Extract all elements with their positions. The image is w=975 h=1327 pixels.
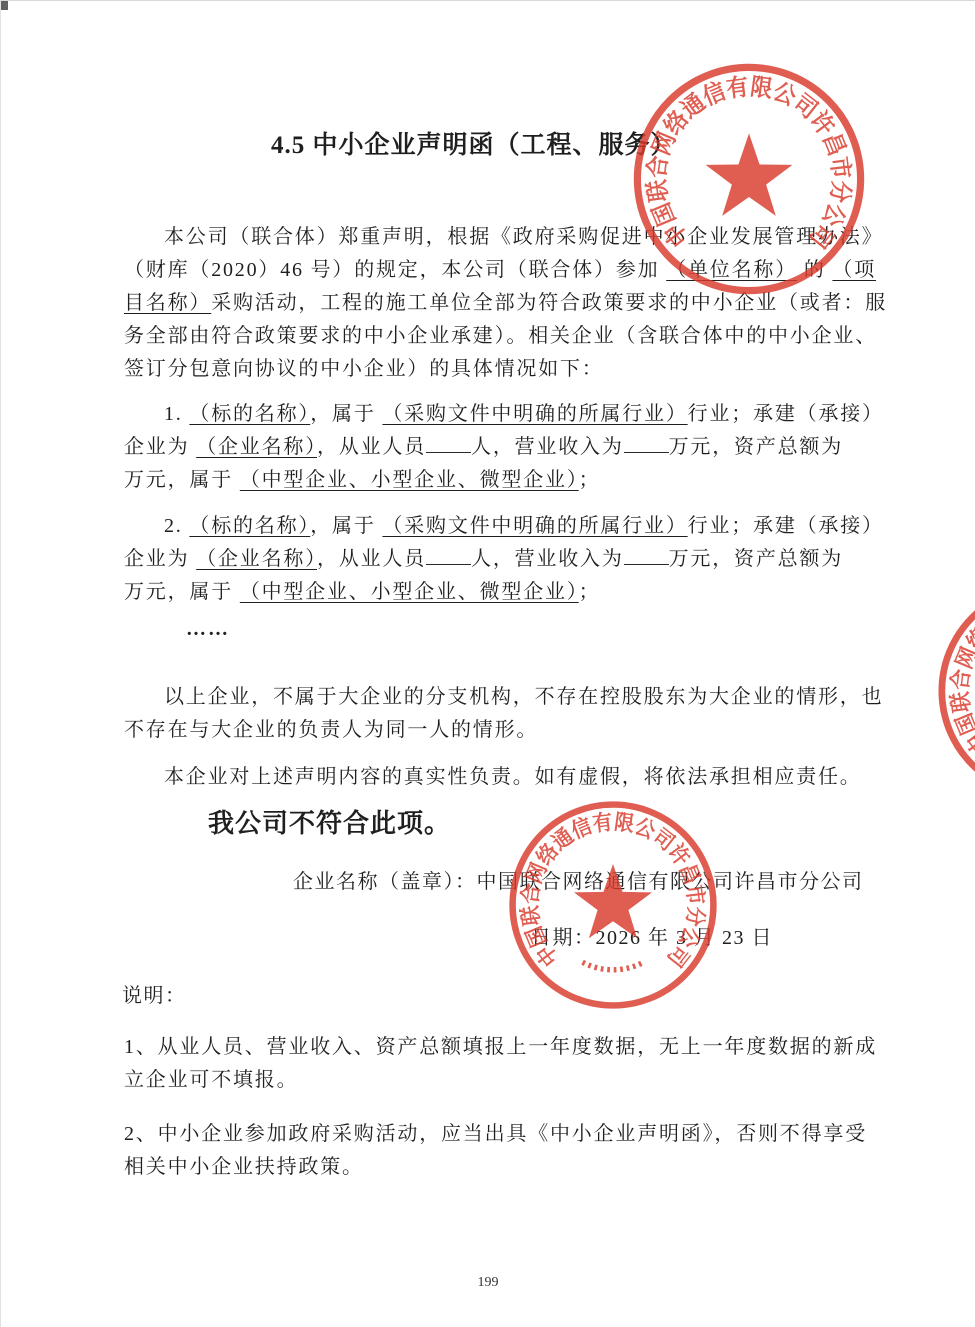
- note-1: 1、从业人员、营业收入、资产总额填报上一年度数据，无上一年度数据的新成立企业可不…: [124, 1031, 894, 1097]
- text-run: ；: [579, 581, 601, 603]
- text-run: 2.: [164, 515, 189, 537]
- text-run: 万元，资产总额为: [669, 436, 843, 458]
- text-run: 人，营业收入为: [471, 436, 624, 458]
- svg-text:中国联合网络通信有限公司许昌市分公司: 中国联合网络通信有限公司许昌市分公司: [946, 591, 975, 760]
- underlined-text: 目名称）: [124, 292, 211, 314]
- page-number: 199: [1, 1275, 975, 1291]
- text-run: ，从业人员: [317, 548, 426, 570]
- note-2: 2、中小企业参加政府采购活动，应当出具《中小企业声明函》，否则不得享受相关中小企…: [124, 1118, 894, 1184]
- company-seal-bottom: 中国联合网络通信有限公司许昌市分公司: [505, 797, 721, 1013]
- fill-in-blank: [426, 544, 471, 565]
- text-run: ，从业人员: [317, 436, 426, 458]
- text-line: 目名称）采购活动，工程的施工单位全部为符合政策要求的中小企业（或者：服: [124, 287, 894, 320]
- text-run: 企业为: [124, 436, 196, 458]
- text-run: 采购活动，工程的施工单位全部为符合政策要求的中小企业（或者：服: [211, 292, 887, 314]
- text-run: 不存在与大企业的负责人为同一人的情形。: [124, 719, 538, 741]
- text-run: 企业为: [124, 548, 196, 570]
- underlined-text: （标的名称）: [189, 403, 310, 425]
- text-run: 行业；承建（承接）: [688, 515, 884, 537]
- text-line: 本公司（联合体）郑重声明，根据《政府采购促进中小企业发展管理办法》: [124, 221, 894, 254]
- page-title: 4.5 中小企业声明函（工程、服务）: [271, 125, 677, 161]
- text-run: 万元，属于: [124, 581, 240, 603]
- text-run: 相关中小企业扶持政策。: [124, 1156, 364, 1178]
- text-run: 万元，资产总额为: [669, 548, 843, 570]
- text-line: 本企业对上述声明内容的真实性负责。如有虚假，将依法承担相应责任。: [124, 761, 894, 794]
- item-1: 1. （标的名称），属于 （采购文件中明确的所属行业）行业；承建（承接）企业为 …: [124, 398, 894, 497]
- text-line: （财库（2020）46 号）的规定，本公司（联合体）参加 （单位名称） 的 （项: [124, 254, 894, 287]
- text-line: 1、从业人员、营业收入、资产总额填报上一年度数据，无上一年度数据的新成: [124, 1031, 894, 1064]
- non-compliance-statement: 我公司不符合此项。: [208, 803, 451, 840]
- fill-in-blank: [624, 432, 669, 453]
- text-line: 万元，属于 （中型企业、小型企业、微型企业）；: [124, 576, 894, 609]
- seal-code-marks: [583, 962, 644, 970]
- text-line: 签订分包意向协议的中小企业）的具体情况如下：: [124, 353, 894, 386]
- text-run: 的: [797, 259, 832, 281]
- text-line: 2. （标的名称），属于 （采购文件中明确的所属行业）行业；承建（承接）: [124, 510, 894, 543]
- text-run: ，属于: [310, 403, 382, 425]
- notes-label: 说明：: [122, 979, 187, 1008]
- date-line: 日期：2026 年 3 月 23 日: [531, 921, 773, 950]
- text-line: 企业为 （企业名称），从业人员人，营业收入为万元，资产总额为: [124, 431, 894, 464]
- company-signature-line: 企业名称（盖章）：中国联合网络通信有限公司许昌市分公司: [293, 865, 864, 894]
- underlined-text: （中型企业、小型企业、微型企业）: [240, 469, 579, 491]
- text-line: 2、中小企业参加政府采购活动，应当出具《中小企业声明函》，否则不得享受: [124, 1118, 894, 1151]
- fill-in-blank: [624, 544, 669, 565]
- underlined-text: （中型企业、小型企业、微型企业）: [240, 581, 579, 603]
- text-run: ，属于: [310, 515, 382, 537]
- paragraph-declaration: 本公司（联合体）郑重声明，根据《政府采购促进中小企业发展管理办法》（财库（202…: [124, 221, 894, 386]
- text-line: 企业为 （企业名称），从业人员人，营业收入为万元，资产总额为: [124, 543, 894, 576]
- underlined-text: （采购文件中明确的所属行业）: [382, 403, 687, 425]
- text-run: 1.: [164, 403, 189, 425]
- text-run: 立企业可不填报。: [124, 1069, 298, 1091]
- text-line: 务全部由符合政策要求的中小企业承建）。相关企业（含联合体中的中小企业、: [124, 320, 894, 353]
- ellipsis-line: ……: [186, 613, 230, 646]
- underlined-text: （单位名称）: [666, 259, 797, 281]
- text-run: 万元，属于: [124, 469, 240, 491]
- text-line: 不存在与大企业的负责人为同一人的情形。: [124, 714, 894, 747]
- text-run: 务全部由符合政策要求的中小企业承建）。相关企业（含联合体中的中小企业、: [124, 325, 877, 347]
- paragraph-responsibility: 本企业对上述声明内容的真实性负责。如有虚假，将依法承担相应责任。: [124, 761, 894, 794]
- text-run: 1、从业人员、营业收入、资产总额填报上一年度数据，无上一年度数据的新成: [124, 1036, 877, 1058]
- document-page: 4.5 中小企业声明函（工程、服务） 本公司（联合体）郑重声明，根据《政府采购促…: [0, 0, 975, 1327]
- text-line: 相关中小企业扶持政策。: [124, 1151, 894, 1184]
- text-line: 以上企业，不属于大企业的分支机构，不存在控股股东为大企业的情形，也: [124, 681, 894, 714]
- text-run: 本企业对上述声明内容的真实性负责。如有虚假，将依法承担相应责任。: [164, 766, 862, 788]
- text-line: 立企业可不填报。: [124, 1064, 894, 1097]
- text-run: 2、中小企业参加政府采购活动，应当出具《中小企业声明函》，否则不得享受: [124, 1123, 867, 1145]
- underlined-text: （采购文件中明确的所属行业）: [382, 515, 687, 537]
- text-run: 本公司（联合体）郑重声明，根据《政府采购促进中小企业发展管理办法》: [164, 226, 883, 248]
- underlined-text: （企业名称）: [196, 436, 317, 458]
- paragraph-no-large-enterprise: 以上企业，不属于大企业的分支机构，不存在控股股东为大企业的情形，也不存在与大企业…: [124, 681, 894, 747]
- fill-in-blank: [426, 432, 471, 453]
- seal-ring-text: 中国联合网络通信有限公司许昌市分公司: [946, 591, 975, 760]
- scan-artifact: [1, 1, 8, 10]
- underlined-text: （项: [832, 259, 876, 281]
- underlined-text: （企业名称）: [196, 548, 317, 570]
- underlined-text: （标的名称）: [189, 515, 310, 537]
- text-run: 签订分包意向协议的中小企业）的具体情况如下：: [124, 358, 604, 380]
- item-2: 2. （标的名称），属于 （采购文件中明确的所属行业）行业；承建（承接）企业为 …: [124, 510, 894, 609]
- text-run: 以上企业，不属于大企业的分支机构，不存在控股股东为大企业的情形，也: [164, 686, 883, 708]
- company-seal-partial-right: 中国联合网络通信有限公司许昌市分公司: [934, 579, 975, 803]
- text-run: 行业；承建（承接）: [688, 403, 884, 425]
- text-run: 人，营业收入为: [471, 548, 624, 570]
- text-run: （财库（2020）46 号）的规定，本公司（联合体）参加: [124, 259, 666, 281]
- star-icon: [706, 133, 793, 215]
- text-line: 1. （标的名称），属于 （采购文件中明确的所属行业）行业；承建（承接）: [124, 398, 894, 431]
- text-line: 万元，属于 （中型企业、小型企业、微型企业）；: [124, 464, 894, 497]
- text-run: ；: [579, 469, 601, 491]
